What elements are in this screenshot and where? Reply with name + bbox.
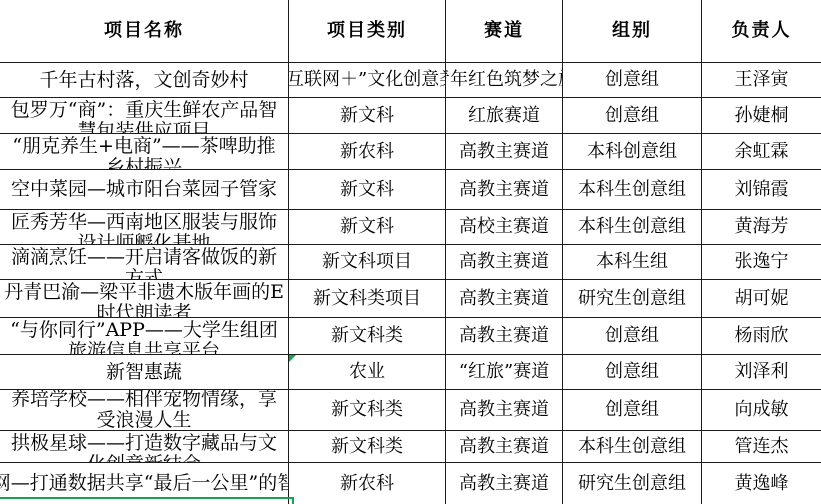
- cell-text: 新文科: [340, 217, 394, 237]
- cell-name[interactable]: 匠秀芳华—西南地区服装与服饰设计师孵化基地: [0, 210, 289, 244]
- cell-category[interactable]: 新文科类: [289, 431, 446, 462]
- cell-text: 余虹霖: [735, 142, 789, 162]
- cell-group[interactable]: 研究生创意组: [563, 280, 702, 317]
- cell-text: 创意组: [605, 400, 659, 420]
- cell-category[interactable]: 新文科: [289, 210, 446, 244]
- cell-group[interactable]: 本科生组: [563, 245, 702, 279]
- cell-text: 空中菜园—城市阳台菜园子管家: [11, 179, 277, 200]
- cell-text: 新农科: [340, 142, 394, 162]
- cell-name[interactable]: 拱极星球——打造数字藏品与文化创意新结合: [0, 431, 289, 462]
- cell-group[interactable]: 创意组: [563, 355, 702, 389]
- cell-group[interactable]: 研究生创意组: [563, 463, 702, 504]
- table-row: “与你同行”APP——大学生组团旅游信息共享平台新文科类高教主赛道创意组杨雨欣: [0, 318, 821, 355]
- column-header-track[interactable]: 赛道: [446, 0, 563, 62]
- cell-name[interactable]: 丹青巴渝—梁平非遗木版年画的E时代朗读者: [0, 280, 289, 317]
- cell-group[interactable]: 本科创意组: [563, 134, 702, 169]
- cell-leader[interactable]: 王泽寅: [702, 63, 821, 97]
- spreadsheet-table: 项目名称 项目类别 赛道 组别 负责人 千年古村落，文创奇妙村“互联网＋”文化创…: [0, 0, 821, 504]
- table-row: “朋克养生+电商”——茶啤助推乡村振兴新农科高教主赛道本科创意组余虹霖: [0, 134, 821, 170]
- cell-text: 拱极星球——打造数字藏品与文化创意新结合: [4, 433, 284, 462]
- cell-leader[interactable]: 向成敏: [702, 390, 821, 430]
- cell-text: 新智惠蔬: [106, 362, 182, 383]
- cell-text: 创意组: [605, 362, 659, 382]
- cell-text: 本科生创意组: [578, 437, 686, 457]
- cell-group[interactable]: 本科生创意组: [563, 210, 702, 244]
- cell-name[interactable]: 养培学校——相伴宠物情缘，享受浪漫人生: [0, 390, 289, 430]
- cell-text: 创意组: [605, 326, 659, 346]
- cell-text: 管连杰: [735, 437, 789, 457]
- cell-group[interactable]: 创意组: [563, 390, 702, 430]
- cell-text: 新文科项目: [322, 252, 412, 272]
- cell-category[interactable]: 新农科: [289, 463, 446, 504]
- cell-text: 农业: [349, 362, 385, 382]
- cell-text: 红旅赛道: [468, 106, 540, 126]
- cell-name[interactable]: 空中菜园—城市阳台菜园子管家: [0, 170, 289, 209]
- cell-track[interactable]: 高教主赛道: [446, 245, 563, 279]
- cell-text: 刘锦霞: [735, 180, 789, 200]
- cell-leader[interactable]: 张逸宁: [702, 245, 821, 279]
- cell-text: “朋克养生+电商”——茶啤助推乡村振兴: [4, 136, 284, 169]
- cell-leader[interactable]: 孙婕桐: [702, 98, 821, 133]
- column-header-group[interactable]: 组别: [563, 0, 702, 62]
- cell-name[interactable]: 千年古村落，文创奇妙村: [0, 63, 289, 97]
- cell-text: 王泽寅: [735, 70, 789, 90]
- cell-text: 滴滴烹饪——开启请客做饭的新方式: [4, 247, 284, 279]
- cell-text: “青年红色筑梦之旅”: [446, 70, 563, 90]
- table-row: 空中菜园—城市阳台菜园子管家新文科高教主赛道本科生创意组刘锦霞: [0, 170, 821, 210]
- cell-text: 本科创意组: [587, 142, 677, 162]
- cell-text: 匠秀芳华—西南地区服装与服饰设计师孵化基地: [4, 212, 284, 244]
- cell-text: “互联网＋”文化创意类: [289, 70, 446, 90]
- cell-text: 黄逸峰: [735, 474, 789, 494]
- cell-text: 本科生组: [596, 252, 668, 272]
- table-body: 千年古村落，文创奇妙村“互联网＋”文化创意类“青年红色筑梦之旅”创意组王泽寅包罗…: [0, 63, 821, 504]
- table-row: 匠秀芳华—西南地区服装与服饰设计师孵化基地新文科高校主赛道本科生创意组黄海芳: [0, 210, 821, 245]
- table-row: 养培学校——相伴宠物情缘，享受浪漫人生新文科类高教主赛道创意组向成敏: [0, 390, 821, 431]
- table-row: 拱极星球——打造数字藏品与文化创意新结合新文科类高教主赛道本科生创意组管连杰: [0, 431, 821, 463]
- cell-leader[interactable]: 杨雨欣: [702, 318, 821, 354]
- cell-text: 高教主赛道: [459, 437, 549, 457]
- cell-category[interactable]: 农业: [289, 355, 446, 389]
- cell-text: 本科生创意组: [578, 217, 686, 237]
- column-header-category[interactable]: 项目类别: [289, 0, 446, 62]
- column-header-name[interactable]: 项目名称: [0, 0, 289, 62]
- cell-name[interactable]: “与你同行”APP——大学生组团旅游信息共享平台: [0, 318, 289, 354]
- error-indicator-icon: [289, 355, 296, 362]
- cell-leader[interactable]: 胡可妮: [702, 280, 821, 317]
- cell-text: 新文科类: [331, 326, 403, 346]
- cell-track[interactable]: 高教主赛道: [446, 463, 563, 504]
- cell-text: 向成敏: [735, 400, 789, 420]
- cell-text: 高教主赛道: [459, 142, 549, 162]
- cell-text: 高教主赛道: [459, 474, 549, 494]
- cell-text: 高校主赛道: [459, 217, 549, 237]
- cell-category[interactable]: 新农科: [289, 134, 446, 169]
- cell-leader[interactable]: 刘泽利: [702, 355, 821, 389]
- cell-name[interactable]: 滴滴烹饪——开启请客做饭的新方式: [0, 245, 289, 279]
- cell-category[interactable]: 新文科类项目: [289, 280, 446, 317]
- cell-track[interactable]: 高教主赛道: [446, 280, 563, 317]
- cell-text: 网—打通数据共享“最后一公里”的智: [0, 473, 289, 494]
- column-header-label: 项目名称: [104, 21, 184, 41]
- cell-category[interactable]: 新文科: [289, 98, 446, 133]
- cell-text: 丹青巴渝—梁平非遗木版年画的E时代朗读者: [4, 282, 284, 317]
- cell-text: 黄海芳: [735, 217, 789, 237]
- table-row: 新智惠蔬农业“红旅”赛道创意组刘泽利: [0, 355, 821, 390]
- cell-text: 高教主赛道: [459, 289, 549, 309]
- cell-category[interactable]: “互联网＋”文化创意类: [289, 63, 446, 97]
- cell-text: 刘泽利: [735, 362, 789, 382]
- cell-text: 高教主赛道: [459, 326, 549, 346]
- cell-text: 高教主赛道: [459, 400, 549, 420]
- column-header-leader[interactable]: 负责人: [702, 0, 821, 62]
- cell-leader[interactable]: 刘锦霞: [702, 170, 821, 209]
- cell-text: 包罗万“商”：重庆生鲜农产品智慧包装供应项目: [4, 100, 284, 133]
- selection-border-bottom: [0, 497, 294, 499]
- table-row: 滴滴烹饪——开启请客做饭的新方式新文科项目高教主赛道本科生组张逸宁: [0, 245, 821, 280]
- cell-leader[interactable]: 余虹霖: [702, 134, 821, 169]
- cell-category[interactable]: 新文科: [289, 170, 446, 209]
- cell-text: 新文科: [340, 106, 394, 126]
- cell-track[interactable]: 高教主赛道: [446, 134, 563, 169]
- cell-text: 研究生创意组: [578, 289, 686, 309]
- cell-text: 本科生创意组: [578, 180, 686, 200]
- cell-leader[interactable]: 黄逸峰: [702, 463, 821, 504]
- cell-text: “红旅”赛道: [459, 362, 549, 382]
- cell-text: 高教主赛道: [459, 252, 549, 272]
- table-row: 包罗万“商”：重庆生鲜农产品智慧包装供应项目新文科红旅赛道创意组孙婕桐: [0, 98, 821, 134]
- cell-text: 创意组: [605, 106, 659, 126]
- cell-text: 养培学校——相伴宠物情缘，享受浪漫人生: [4, 390, 284, 430]
- cell-text: “与你同行”APP——大学生组团旅游信息共享平台: [4, 320, 284, 354]
- cell-text: 创意组: [605, 70, 659, 90]
- column-header-label: 项目类别: [327, 21, 407, 41]
- cell-track[interactable]: 高教主赛道: [446, 170, 563, 209]
- selection-border-right: [292, 497, 294, 504]
- column-header-label: 负责人: [732, 21, 792, 41]
- cell-text: 千年古村落，文创奇妙村: [39, 70, 248, 91]
- cell-track[interactable]: 红旅赛道: [446, 98, 563, 133]
- cell-text: 高教主赛道: [459, 180, 549, 200]
- cell-group[interactable]: 本科生创意组: [563, 170, 702, 209]
- cell-track[interactable]: 高教主赛道: [446, 390, 563, 430]
- cell-category[interactable]: 新文科项目: [289, 245, 446, 279]
- cell-name[interactable]: 新智惠蔬: [0, 355, 289, 389]
- cell-text: 张逸宁: [735, 252, 789, 272]
- cell-name[interactable]: 包罗万“商”：重庆生鲜农产品智慧包装供应项目: [0, 98, 289, 133]
- cell-track[interactable]: 高校主赛道: [446, 210, 563, 244]
- cell-text: 孙婕桐: [735, 106, 789, 126]
- cell-group[interactable]: 创意组: [563, 98, 702, 133]
- column-header-label: 组别: [612, 21, 652, 41]
- cell-track[interactable]: 高教主赛道: [446, 318, 563, 354]
- cell-leader[interactable]: 黄海芳: [702, 210, 821, 244]
- cell-group[interactable]: 创意组: [563, 63, 702, 97]
- cell-category[interactable]: 新文科类: [289, 390, 446, 430]
- table-row: 丹青巴渝—梁平非遗木版年画的E时代朗读者新文科类项目高教主赛道研究生创意组胡可妮: [0, 280, 821, 318]
- cell-name[interactable]: “朋克养生+电商”——茶啤助推乡村振兴: [0, 134, 289, 169]
- cell-group[interactable]: 创意组: [563, 318, 702, 354]
- cell-text: 胡可妮: [735, 289, 789, 309]
- cell-leader[interactable]: 管连杰: [702, 431, 821, 462]
- table-row: 千年古村落，文创奇妙村“互联网＋”文化创意类“青年红色筑梦之旅”创意组王泽寅: [0, 63, 821, 98]
- cell-text: 新文科类: [331, 400, 403, 420]
- cell-text: 研究生创意组: [578, 474, 686, 494]
- cell-text: 杨雨欣: [735, 326, 789, 346]
- cell-text: 新文科类项目: [313, 289, 421, 309]
- cell-text: 新文科类: [331, 437, 403, 457]
- cell-group[interactable]: 本科生创意组: [563, 431, 702, 462]
- cell-text: 新文科: [340, 180, 394, 200]
- table-header-row: 项目名称 项目类别 赛道 组别 负责人: [0, 0, 821, 63]
- cell-text: 新农科: [340, 474, 394, 494]
- cell-track[interactable]: “红旅”赛道: [446, 355, 563, 389]
- cell-track[interactable]: 高教主赛道: [446, 431, 563, 462]
- cell-category[interactable]: 新文科类: [289, 318, 446, 354]
- column-header-label: 赛道: [484, 21, 524, 41]
- cell-track[interactable]: “青年红色筑梦之旅”: [446, 63, 563, 97]
